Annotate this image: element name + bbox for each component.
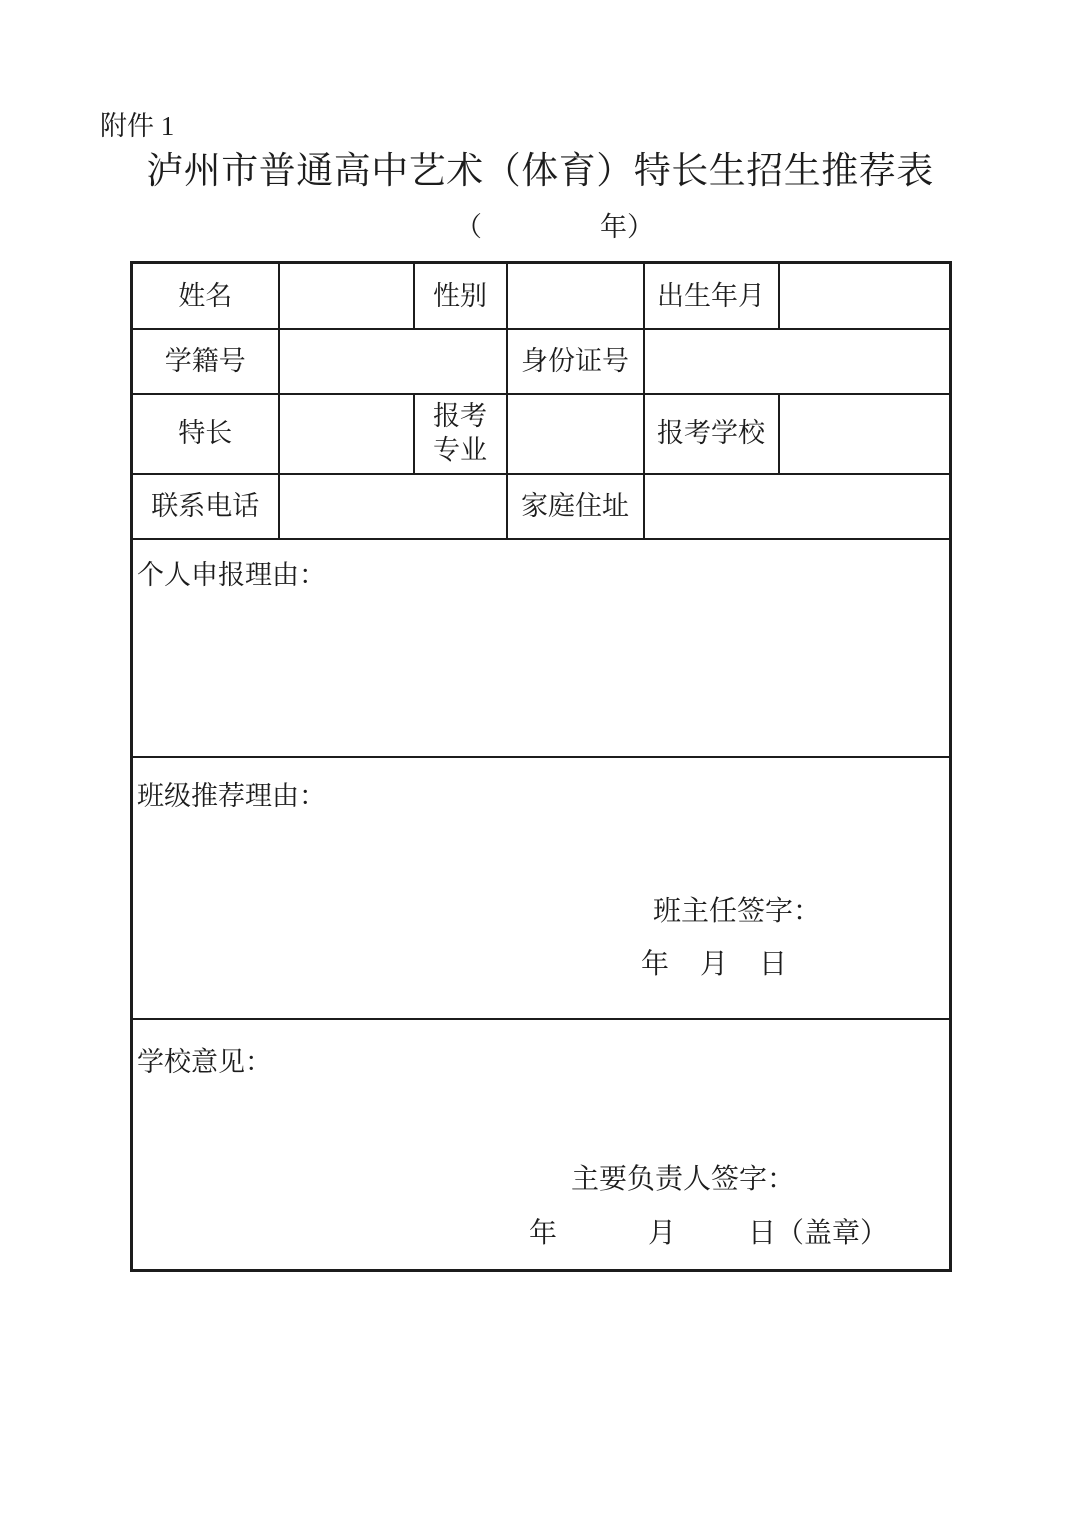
row-basic-info-4: 联系电话 家庭住址 — [132, 474, 951, 539]
applied-school-label-cell: 报考学校 — [644, 394, 779, 474]
name-label-cell: 姓名 — [132, 263, 279, 329]
id-card-input-cell[interactable] — [644, 329, 951, 394]
birth-date-label-cell: 出生年月 — [644, 263, 779, 329]
year-blank-space[interactable] — [482, 235, 600, 236]
personal-reason-section[interactable]: 个人申报理由： — [132, 539, 951, 757]
recommendation-form-table: 姓名 性别 出生年月 学籍号 身份证号 特长 报考 专业 — [130, 261, 952, 1272]
applied-major-label-line1: 报考 — [415, 400, 506, 434]
principal-signature-label: 主要负责人签字： — [571, 1157, 795, 1197]
specialty-input-cell[interactable] — [279, 394, 414, 474]
school-date-year-char: 年 — [529, 1211, 557, 1251]
class-date-month-char: 月 — [700, 942, 728, 982]
school-date-month-char: 月 — [648, 1211, 676, 1251]
birth-date-input-cell[interactable] — [779, 263, 951, 329]
applied-school-input-cell[interactable] — [779, 394, 951, 474]
year-open-paren: （ — [455, 211, 482, 243]
student-no-label-cell: 学籍号 — [132, 329, 279, 394]
gender-input-cell[interactable] — [507, 263, 644, 329]
class-recommendation-section[interactable]: 班级推荐理由： 班主任签字： 年 月 日 — [132, 757, 951, 1019]
specialty-label-cell: 特长 — [132, 394, 279, 474]
class-date-year-char: 年 — [641, 942, 669, 982]
document-title: 泸州市普通高中艺术（体育）特长生招生推荐表 — [0, 150, 1080, 194]
row-personal-reason: 个人申报理由： — [132, 539, 951, 757]
phone-input-cell[interactable] — [279, 474, 507, 539]
row-basic-info-1: 姓名 性别 出生年月 — [132, 263, 951, 329]
name-input-cell[interactable] — [279, 263, 414, 329]
address-input-cell[interactable] — [644, 474, 951, 539]
document-page: 附件 1 泸州市普通高中艺术（体育）特长生招生推荐表 （ 年） 姓名 性别 出生… — [0, 0, 1080, 1528]
year-line: （ 年） — [455, 211, 654, 243]
class-date-day-char: 日 — [759, 942, 787, 982]
applied-major-label-line2: 专业 — [415, 434, 506, 468]
year-label: 年） — [600, 211, 654, 243]
class-date-line: 年 月 日 — [641, 942, 787, 982]
address-label-cell: 家庭住址 — [507, 474, 644, 539]
class-teacher-signature-label: 班主任签字： — [653, 889, 821, 929]
applied-major-input-cell[interactable] — [507, 394, 644, 474]
applied-major-label-cell: 报考 专业 — [414, 394, 507, 474]
phone-label-cell: 联系电话 — [132, 474, 279, 539]
school-opinion-section[interactable]: 学校意见： 主要负责人签字： 年 月 日 （盖章） — [132, 1019, 951, 1271]
row-basic-info-3: 特长 报考 专业 报考学校 — [132, 394, 951, 474]
row-basic-info-2: 学籍号 身份证号 — [132, 329, 951, 394]
seal-note: （盖章） — [776, 1211, 888, 1251]
row-class-recommendation: 班级推荐理由： 班主任签字： 年 月 日 — [132, 757, 951, 1019]
gender-label-cell: 性别 — [414, 263, 507, 329]
row-school-opinion: 学校意见： 主要负责人签字： 年 月 日 （盖章） — [132, 1019, 951, 1271]
id-card-label-cell: 身份证号 — [507, 329, 644, 394]
personal-reason-label: 个人申报理由： — [137, 553, 326, 592]
attachment-label: 附件 1 — [100, 110, 174, 142]
school-date-line: 年 月 日 （盖章） — [529, 1211, 888, 1251]
class-recommendation-label: 班级推荐理由： — [137, 774, 326, 813]
student-no-input-cell[interactable] — [279, 329, 507, 394]
school-opinion-label: 学校意见： — [137, 1040, 272, 1079]
school-date-day-char: 日 — [748, 1211, 776, 1251]
